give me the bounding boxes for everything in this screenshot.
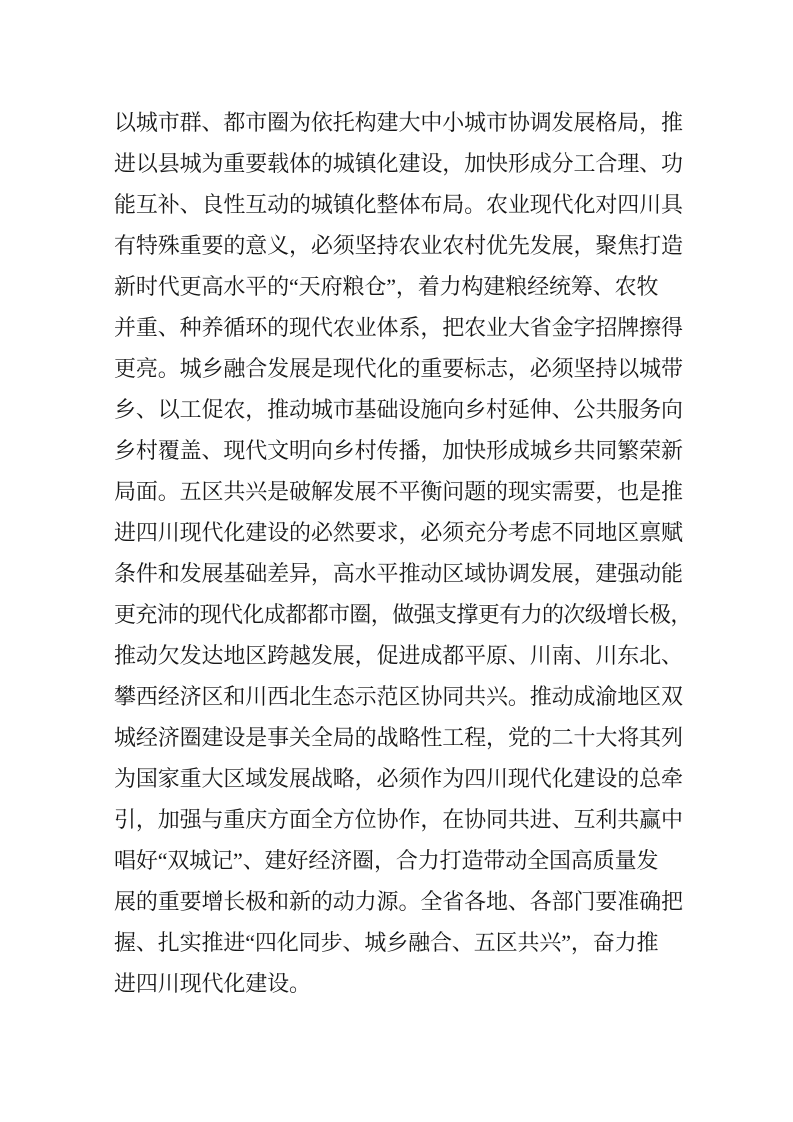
text-line: 攀西经济区和川西北生态示范区协同共兴。推动成渝地区双 <box>114 676 683 717</box>
text-line: 唱好“双城记”、建好经济圈，合力打造带动全国高质量发 <box>114 840 683 881</box>
text-line: 更充沛的现代化成都都市圈，做强支撑更有力的次级增长极， <box>114 594 683 635</box>
text-line: 能互补、良性互动的城镇化整体布局。农业现代化对四川具 <box>114 184 683 225</box>
body-text: 以城市群、都市圈为依托构建大中小城市协调发展格局，推进以县城为重要载体的城镇化建… <box>114 102 683 1004</box>
text-line: 进四川现代化建设。 <box>114 963 683 1004</box>
text-line: 引，加强与重庆方面全方位协作，在协同共进、互利共赢中 <box>114 799 683 840</box>
text-line: 乡、以工促农，推动城市基础设施向乡村延伸、公共服务向 <box>114 389 683 430</box>
text-line: 握、扎实推进“四化同步、城乡融合、五区共兴”，奋力推 <box>114 922 683 963</box>
text-line: 进四川现代化建设的必然要求，必须充分考虑不同地区禀赋 <box>114 512 683 553</box>
text-line: 局面。五区共兴是破解发展不平衡问题的现实需要，也是推 <box>114 471 683 512</box>
text-line: 新时代更高水平的“天府粮仓”，着力构建粮经统筹、农牧 <box>114 266 683 307</box>
text-line: 推动欠发达地区跨越发展，促进成都平原、川南、川东北、 <box>114 635 683 676</box>
text-line: 并重、种养循环的现代农业体系，把农业大省金字招牌擦得 <box>114 307 683 348</box>
text-line: 条件和发展基础差异，高水平推动区域协调发展，建强动能 <box>114 553 683 594</box>
text-line: 更亮。城乡融合发展是现代化的重要标志，必须坚持以城带 <box>114 348 683 389</box>
text-line: 乡村覆盖、现代文明向乡村传播，加快形成城乡共同繁荣新 <box>114 430 683 471</box>
text-line: 进以县城为重要载体的城镇化建设，加快形成分工合理、功 <box>114 143 683 184</box>
text-line: 有特殊重要的意义，必须坚持农业农村优先发展，聚焦打造 <box>114 225 683 266</box>
text-line: 城经济圈建设是事关全局的战略性工程，党的二十大将其列 <box>114 717 683 758</box>
text-line: 展的重要增长极和新的动力源。全省各地、各部门要准确把 <box>114 881 683 922</box>
text-line: 以城市群、都市圈为依托构建大中小城市协调发展格局，推 <box>114 102 683 143</box>
text-line: 为国家重大区域发展战略，必须作为四川现代化建设的总牵 <box>114 758 683 799</box>
document-page: 以城市群、都市圈为依托构建大中小城市协调发展格局，推进以县城为重要载体的城镇化建… <box>0 0 793 1122</box>
